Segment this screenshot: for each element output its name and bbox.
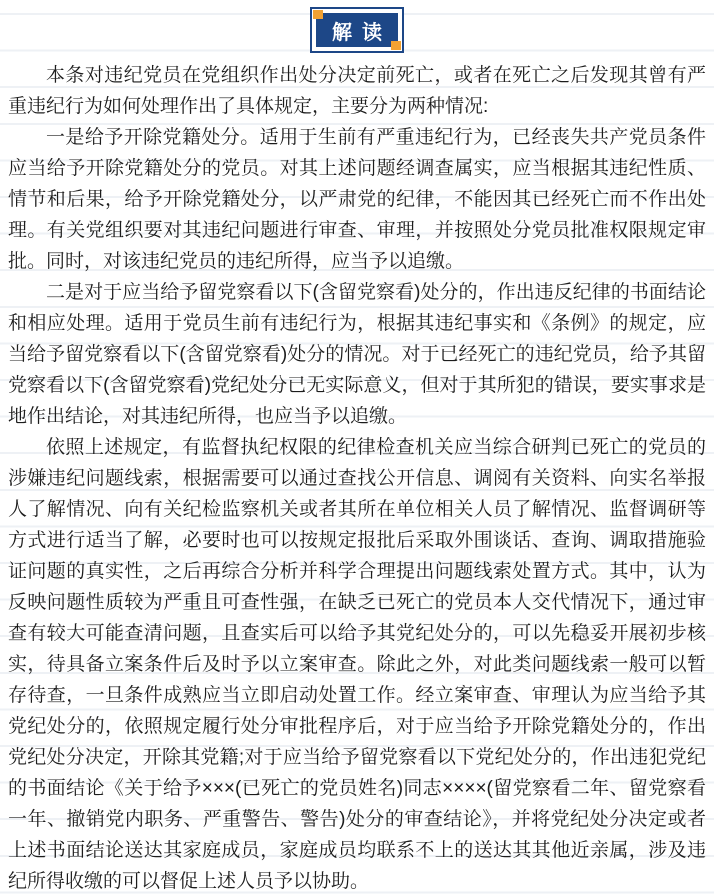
corner-accent-bottom-right <box>391 41 401 50</box>
paragraph-case-two: 二是对于应当给予留党察看以下(含留党察看)处分的，作出违反纪律的书面结论和相应处… <box>8 277 706 432</box>
header-row: 解读 <box>0 0 714 53</box>
paragraph-procedure: 依照上述规定，有监督执纪权限的纪律检查机关应当综合研判已死亡的党员的涉嫌违纪问题… <box>8 432 706 896</box>
paragraph-case-one: 一是给予开除党籍处分。适用于生前有严重违纪行为，已经丧失共产党员条件应当给予开除… <box>8 122 706 277</box>
paragraph-intro: 本条对违纪党员在党组织作出处分决定前死亡，或者在死亡之后发现其曾有严重违纪行为如… <box>8 60 706 122</box>
badge-label: 解读 <box>316 13 398 47</box>
document-page: 解读 本条对违纪党员在党组织作出处分决定前死亡，或者在死亡之后发现其曾有严重违纪… <box>0 0 714 896</box>
article-body: 本条对违纪党员在党组织作出处分决定前死亡，或者在死亡之后发现其曾有严重违纪行为如… <box>0 60 714 896</box>
corner-accent-top-left <box>313 10 323 19</box>
interpretation-badge: 解读 <box>310 7 404 53</box>
